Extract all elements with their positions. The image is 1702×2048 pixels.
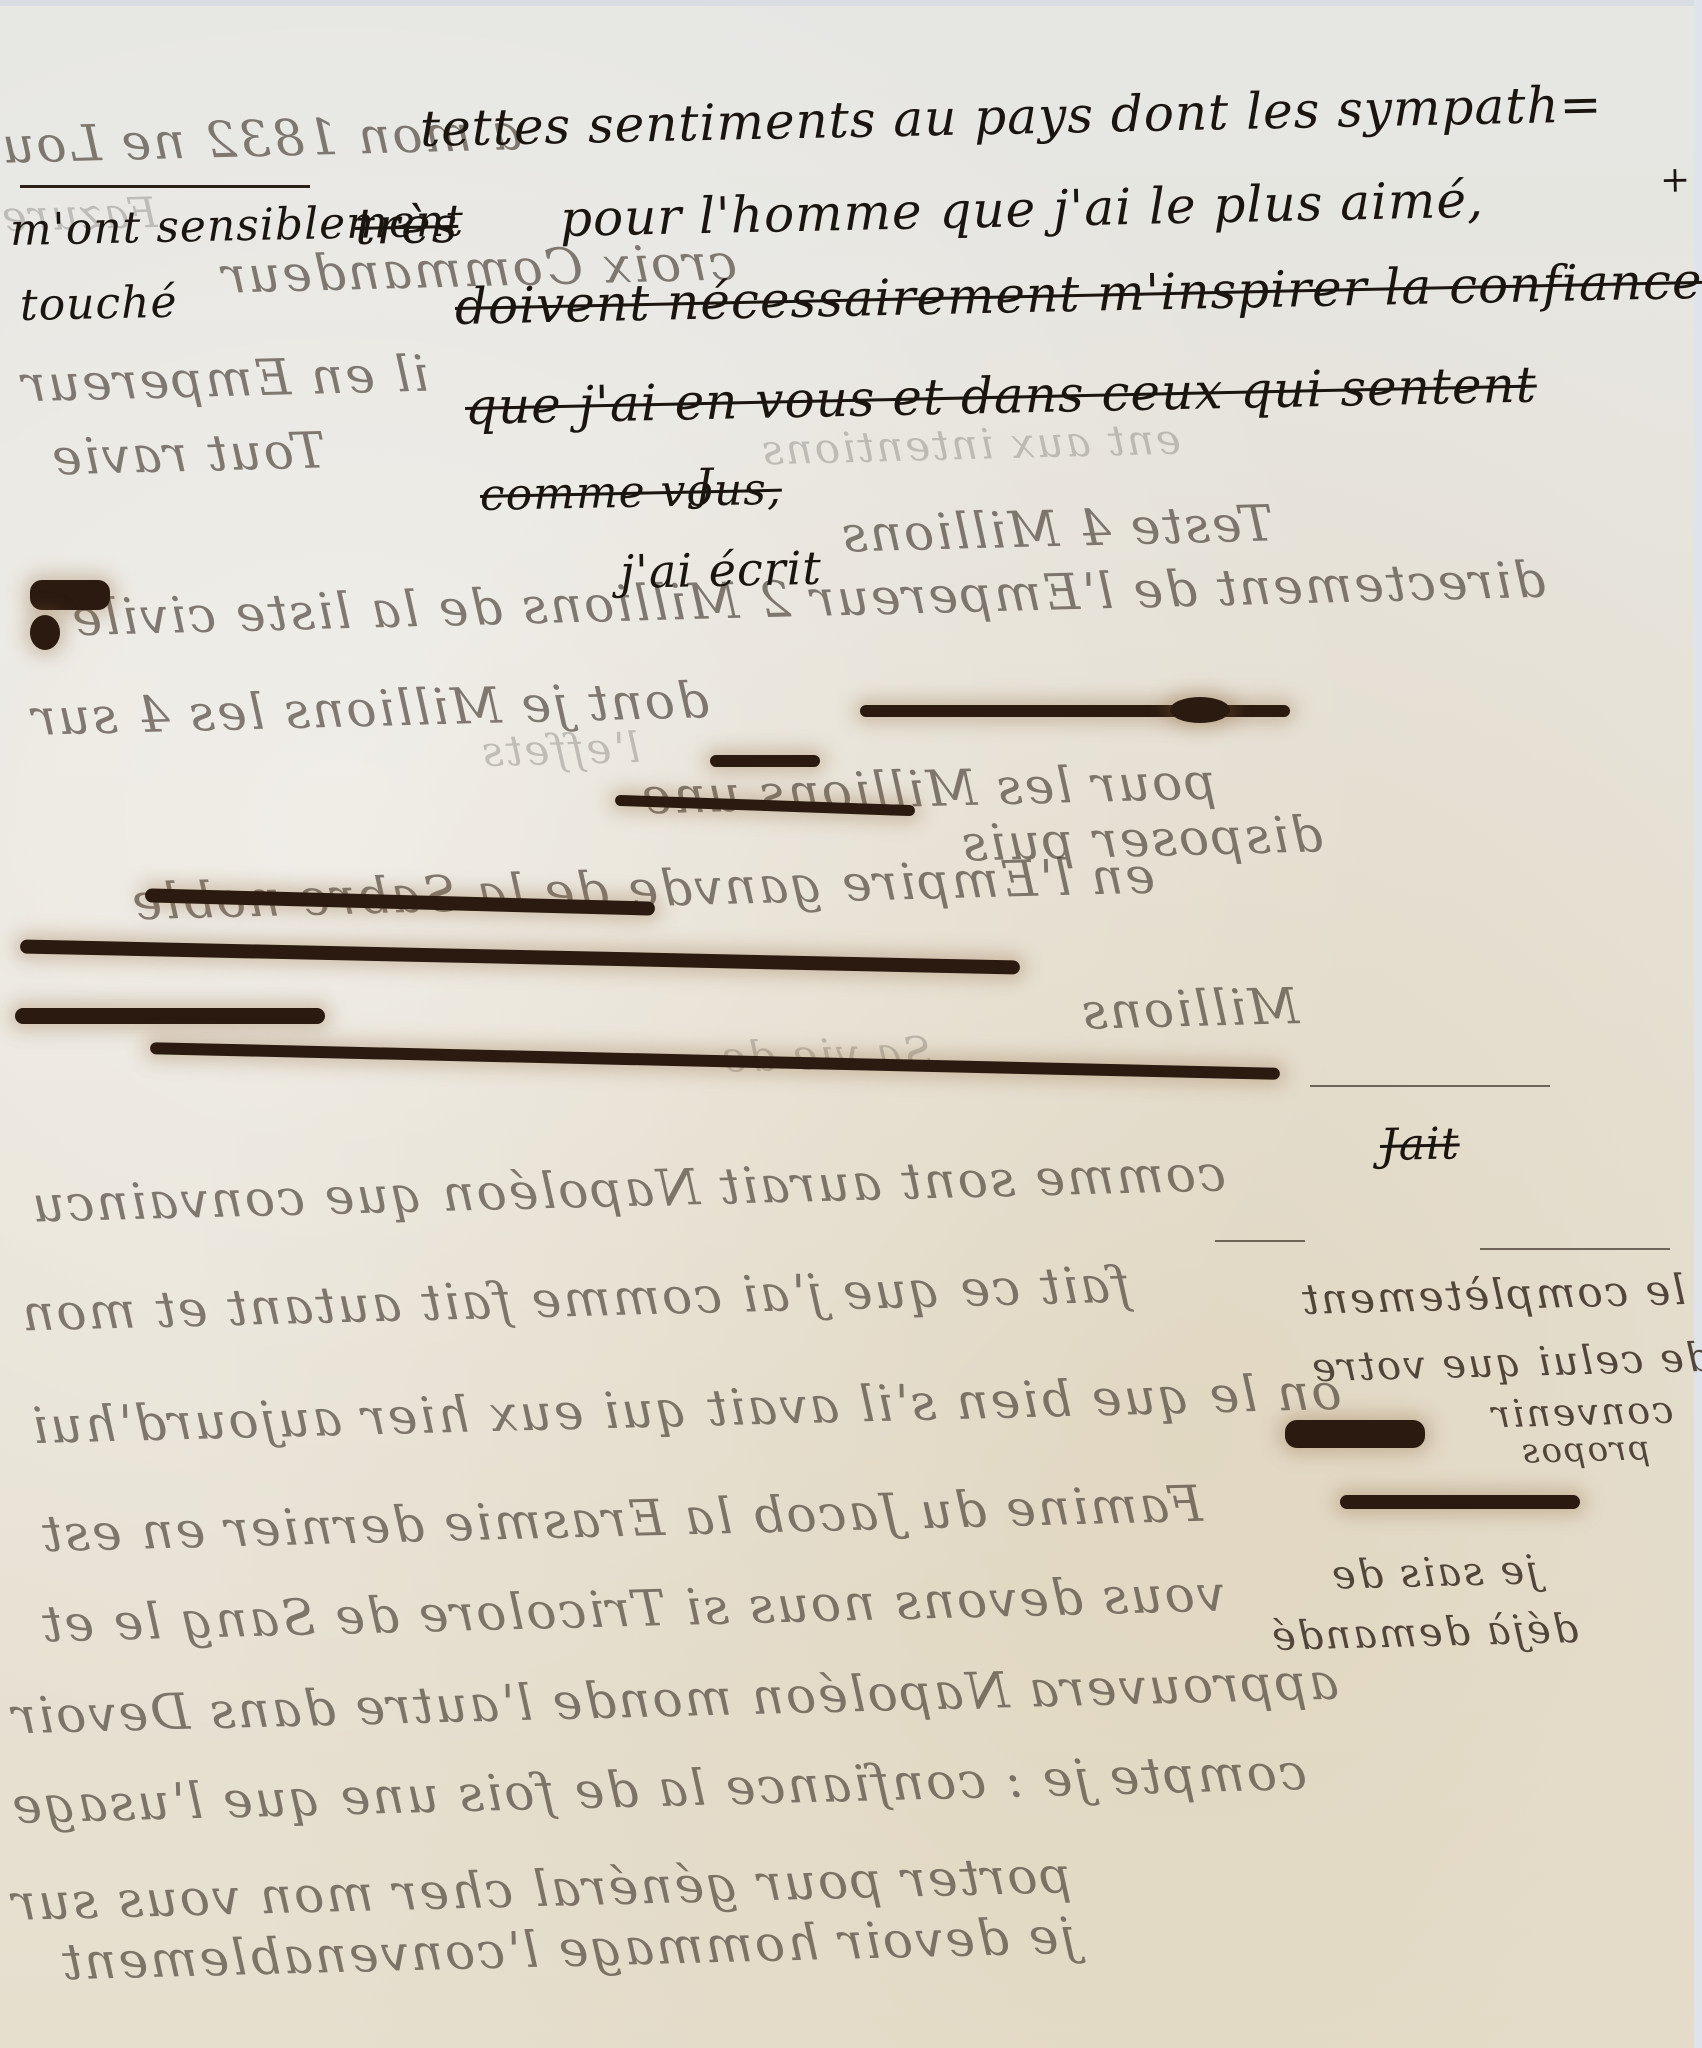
bleed-through-line: compte je : confiance la de fois une que… — [9, 1743, 1307, 1835]
manuscript-mark: J — [694, 460, 714, 511]
bleed-through-line: Teste 4 Millions — [839, 494, 1273, 563]
manuscript-line: tettes sentiments au pays dont les sympa… — [419, 75, 1603, 158]
scan-edge-top — [0, 0, 1702, 6]
ink-strike — [1340, 1495, 1580, 1509]
ink-strike — [15, 1008, 325, 1024]
bracket-rule — [1215, 1240, 1305, 1242]
ink-blot — [1170, 697, 1230, 723]
bleed-through-line: je sais de — [1329, 1547, 1539, 1598]
manuscript-line: touché — [19, 277, 178, 331]
manuscript-line: pour l'homme que j'ai le plus aimé, — [559, 171, 1484, 248]
bleed-through-line: Millions — [1079, 977, 1300, 1041]
ink-strike — [150, 1042, 1280, 1080]
bleed-through-line: Famine du Jacob la Erasmie dernier en es… — [39, 1475, 1203, 1563]
bleed-through-line: Tout ravie — [49, 421, 326, 486]
bleed-through-line: l'effets — [479, 723, 640, 776]
margin-rule — [1310, 1085, 1550, 1087]
bleed-through-line: propos — [1519, 1428, 1650, 1471]
ink-blot — [30, 580, 110, 610]
bleed-through-line: en l'Empire ganvde de la Sabre noble — [129, 847, 1155, 932]
margin-rule — [1480, 1248, 1670, 1250]
bleed-through-line: on le que bien s'il avait qui eux hier a… — [29, 1363, 1342, 1455]
manuscript-page: a mon 1832 ne Lou Fazure croix Commandeu… — [0, 0, 1702, 2048]
insertion-mark: + — [1660, 159, 1692, 201]
struck-word: Jait — [1379, 1118, 1460, 1171]
bleed-through-line: comme sont aurait Napoléon que convaincu — [29, 1144, 1226, 1233]
bleed-through-line: vous devons nous si Tricolore de Sang le… — [39, 1564, 1225, 1653]
bleed-through-line: fait ce que j'ai comme fait autant et mo… — [19, 1255, 1131, 1342]
bleed-through-line: le complètement — [1299, 1265, 1686, 1324]
ink-blot — [1285, 1420, 1425, 1448]
overline-mark — [20, 185, 310, 188]
bleed-through-line: de celui que votre — [1309, 1335, 1702, 1391]
ink-strike — [710, 755, 820, 767]
ink-strike — [20, 940, 1020, 975]
bleed-through-line: approuvera Napoléon monde l'autre dans D… — [9, 1653, 1339, 1746]
manuscript-line: j'ai écrit — [619, 541, 822, 599]
bleed-through-line: Sa vie de — [719, 1027, 932, 1082]
bleed-through-line: déjà demandé — [1269, 1606, 1578, 1660]
struck-line: que j'ai en vous et dans ceux qui senten… — [464, 356, 1537, 436]
struck-word: comme vous, — [479, 464, 782, 521]
bleed-through-line: il en Empereur — [19, 345, 429, 414]
ink-blot — [30, 615, 60, 650]
struck-word: très — [354, 196, 458, 256]
